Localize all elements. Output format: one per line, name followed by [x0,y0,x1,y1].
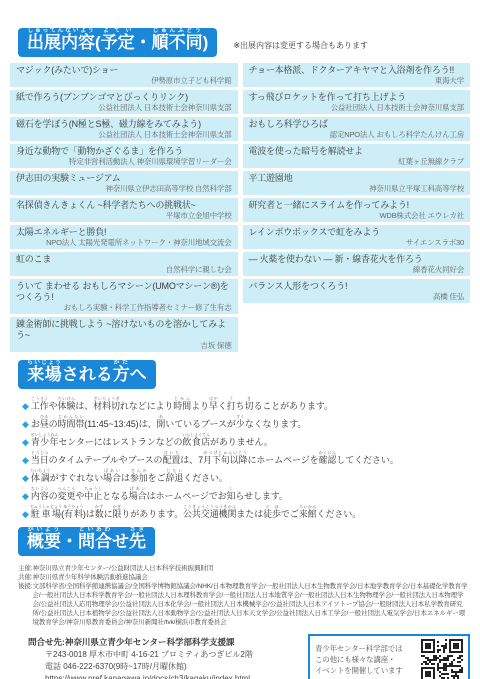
exhibit-organizer: 吉坂 保徳 [16,341,232,350]
qr-info-box: 青少年センター科学部ではこの他にも様々な講座・イベントを開催しています [308,634,470,679]
exhibit-item: ― 火薬を使わない ― 新・線香花火を作ろう 線香花火同好会 [243,252,471,276]
exhibit-item: 電波を使った暗号を解読せよ 紅葉ヶ丘無線クラブ [243,144,471,168]
visitor-note-text: 青少年せいしょうねんセンターにはレストランなどの飲食店いんしょくてんがありません… [31,437,273,447]
exhibit-organizer: おもしろ実験・科学工作指導者セミナー修了生有志 [16,303,232,312]
exhibit-organizer: 特定非営利活動法人 神奈川県環境学習リーダー会 [16,157,232,166]
visitor-note-text: 駐車場ちゅうしゃじょう(有料ゆうりょう)は数かずに限かぎりがあります。公共交通機… [31,509,361,519]
exhibit-item: 名探偵きんきょくん ~科学者たちへの挑戦状~ 平塚市立金旭中学校 [10,198,238,222]
exhibit-item: 研究者と一緒にスライムを作ってみよう! WDB株式会社 エウレカ社 [243,198,471,222]
exhibit-item: 錬金術師に挑戦しよう ~溶けないものを溶かしてみよう~ 吉坂 保徳 [10,317,238,352]
credits-block: 主催: 神奈川県立青少年センター/公益財団法人日本科学技術振興財団 共催: 神奈… [18,564,470,627]
visitor-note: ◆駐車場ちゅうしゃじょう(有料ゆうりょう)は数かずに限かぎりがあります。公共交通… [22,504,470,522]
exhibit-organizer: 東海大学 [249,76,465,85]
exhibit-title: 研究者と一緒にスライムを作ってみよう! [249,200,465,211]
exhibits-heading: 出展内容しゅってんないよう(予定よてい・順不同じゅんふどう) [18,28,217,57]
overview-section: 概要がいよう・問合といあわせ先さき 主催: 神奈川県立青少年センター/公益財団法… [10,527,470,679]
exhibit-title: 磁石を学ぼう(N極とS極、磁力線をみてみよう) [16,119,232,130]
diamond-bullet-icon: ◆ [22,455,29,465]
exhibit-organizer: 公益社団法人 日本技術士会神奈川県支部 [16,130,232,139]
diamond-bullet-icon: ◆ [22,509,29,519]
exhibit-item: 磁石を学ぼう(N極とS極、磁力線をみてみよう) 公益社団法人 日本技術士会神奈川… [10,117,238,141]
exhibit-organizer: 公益社団法人 日本技術士会神奈川県支部 [16,103,232,112]
exhibit-item: おもしろ科学ひろば 認定NPO法人 おもしろ科学たんけん工房 [243,117,471,141]
diamond-bullet-icon: ◆ [22,473,29,483]
overview-heading: 概要がいよう・問合といあわせ先さき [18,527,155,556]
visitor-note-text: 体調たいちょうがすぐれない場合ばあいは参加さんかをご辞退じたいください。 [31,473,228,483]
visitor-note: ◆お昼ひるの時間帯じかんたい(11:45~13:45)は、開あいているブースが少… [22,414,470,432]
diamond-bullet-icon: ◆ [22,491,29,501]
contact-name: 神奈川県立青少年センター科学部科学支援課 [65,637,235,647]
credit-label: 共催: [18,573,33,582]
exhibit-title: 虹のこま [16,254,232,265]
exhibit-organizer: 線香花火同好会 [249,265,465,274]
diamond-bullet-icon: ◆ [22,419,29,429]
exhibit-title: おもしろ科学ひろば [249,119,465,130]
exhibit-item: マジック(みたいで)ショー 伊勢原市立子ども科学館 [10,63,238,87]
exhibit-title: チョー本格派、ドクターアキヤマと入浴剤を作ろう!! [249,65,465,76]
exhibit-title: 平工遊園地 [249,173,465,184]
exhibit-title: 名探偵きんきょくん ~科学者たちへの挑戦状~ [16,200,232,211]
qr-info-line: 青少年センター科学部では [315,643,415,654]
visitor-note-text: 工作こうさくや体験たいけんは、材料切ざいりょうぎれなどにより時間じかんより早はや… [31,401,333,411]
exhibit-organizer: 自然科学に親しむ会 [16,265,232,274]
qr-info-text: 青少年センター科学部ではこの他にも様々な講座・イベントを開催しています [315,643,415,676]
exhibit-organizer: 神奈川県立伊志田高等学校 自然科学部 [16,184,232,193]
exhibit-title: バランス人形をつくろう! [249,281,465,292]
exhibit-item: 紙で作ろう(ブンブンゴマとびっくりリンク) 公益社団法人 日本技術士会神奈川県支… [10,90,238,114]
exhibit-title: レインボウボックスで虹をみよう [249,227,465,238]
diamond-bullet-icon: ◆ [22,437,29,447]
credit-row: 主催: 神奈川県立青少年センター/公益財団法人日本科学技術振興財団 [18,564,470,573]
exhibit-title: 錬金術師に挑戦しよう ~溶けないものを溶かしてみよう~ [16,319,232,341]
exhibit-organizer: 認定NPO法人 おもしろ科学たんけん工房 [249,130,465,139]
exhibit-item: バランス人形をつくろう! 高橋 佳弘 [243,279,471,303]
credit-text: 神奈川県立青少年センター/公益財団法人日本科学技術振興財団 [33,564,470,573]
credit-label: 後援: [18,582,33,627]
credit-label: 主催: [18,564,33,573]
visitor-note: ◆体調たいちょうがすぐれない場合ばあいは参加さんかをご辞退じたいください。 [22,468,470,486]
visitor-notes-list: ◆工作こうさくや体験たいけんは、材料切ざいりょうぎれなどにより時間じかんより早は… [22,396,470,522]
credit-text: 神奈川県青少年科学体験活動推進協議会 [33,573,470,582]
exhibit-organizer: サイエンスラボ30 [249,238,465,247]
exhibit-title: すっ飛びロケットを作って打ち上げよう [249,92,465,103]
exhibit-title: ― 火薬を使わない ― 新・線香花火を作ろう [249,254,465,265]
exhibit-organizer: 伊勢原市立子ども科学館 [16,76,232,85]
exhibits-section: 出展内容しゅってんないよう(予定よてい・順不同じゅんふどう) ※出展内容は変更す… [10,28,470,355]
exhibit-item: レインボウボックスで虹をみよう サイエンスラボ30 [243,225,471,249]
exhibit-organizer: NPO法人 太陽光発電所ネットワーク・神奈川地域交流会 [16,238,232,247]
exhibit-item: 平工遊園地 神奈川県立平塚工科高等学校 [243,171,471,195]
visitor-note: ◆内容ないようの変更へんこうや中止ちゅうしとなる場合ばあいはホームページでお知し… [22,486,470,504]
exhibit-organizer: 平塚市立金旭中学校 [16,211,232,220]
exhibit-organizer: 公益社団法人 日本技術士会神奈川県支部 [249,103,465,112]
visitor-note: ◆工作こうさくや体験たいけんは、材料切ざいりょうぎれなどにより時間じかんより早は… [22,396,470,414]
exhibits-change-note: ※出展内容は変更する場合もあります [233,40,368,51]
exhibit-item: 虹のこま 自然科学に親しむ会 [10,252,238,276]
exhibit-item: ういて まわせる おもしろマシーン(UMOマシーン®)をつくろう! おもしろ実験… [10,279,238,314]
exhibits-column-left: マジック(みたいで)ショー 伊勢原市立子ども科学館 紙で作ろう(ブンブンゴマとび… [10,63,238,355]
exhibit-organizer: 紅葉ヶ丘無線クラブ [249,157,465,166]
exhibits-columns: マジック(みたいで)ショー 伊勢原市立子ども科学館 紙で作ろう(ブンブンゴマとび… [10,63,470,355]
exhibit-title: マジック(みたいで)ショー [16,65,232,76]
exhibits-head-row: 出展内容しゅってんないよう(予定よてい・順不同じゅんふどう) ※出展内容は変更す… [10,28,470,57]
visitors-section: 来場らいじょうされる方かたへ ◆工作こうさくや体験たいけんは、材料切ざいりょうぎ… [10,360,470,522]
exhibit-item: すっ飛びロケットを作って打ち上げよう 公益社団法人 日本技術士会神奈川県支部 [243,90,471,114]
exhibit-title: 電波を使った暗号を解読せよ [249,146,465,157]
exhibit-title: ういて まわせる おもしろマシーン(UMOマシーン®)をつくろう! [16,281,232,303]
qr-info-line: イベントを開催しています [315,665,415,676]
flyer-page: 出展内容しゅってんないよう(予定よてい・順不同じゅんふどう) ※出展内容は変更す… [0,0,480,679]
exhibits-column-right: チョー本格派、ドクターアキヤマと入浴剤を作ろう!! 東海大学 すっ飛びロケットを… [243,63,471,355]
exhibit-item: 伊志田の実験ミュージアム 神奈川県立伊志田高等学校 自然科学部 [10,171,238,195]
exhibit-item: チョー本格派、ドクターアキヤマと入浴剤を作ろう!! 東海大学 [243,63,471,87]
visitors-heading: 来場らいじょうされる方かたへ [18,360,156,389]
visitor-note-text: お昼ひるの時間帯じかんたい(11:45~13:45)は、開あいているブースが少す… [31,419,306,429]
contact-label: 問合せ先: [28,637,65,647]
visitor-note-text: 内容ないようの変更へんこうや中止ちゅうしとなる場合ばあいはホームページでお知しら… [31,491,288,501]
contact-url-link[interactable]: https://www.pref.kanagawa.jp/docs/ch3/ka… [45,674,250,679]
credit-text: 文部科学省/全国科学館連携協議会/全国科学博物館協議会/NHK/日本物理教育学会… [33,582,470,627]
visitor-note-text: 当日とうじつのタイムテーブルやブースの配置はいちは、7月下旬以降がつげじゅんいこ… [31,455,399,465]
exhibit-item: 太陽エネルギーと勝負! NPO法人 太陽光発電所ネットワーク・神奈川地域交流会 [10,225,238,249]
credit-row: 後援: 文部科学省/全国科学館連携協議会/全国科学博物館協議会/NHK/日本物理… [18,582,470,627]
credit-row: 共催: 神奈川県青少年科学体験活動推進協議会 [18,573,470,582]
exhibit-title: 太陽エネルギーと勝負! [16,227,232,238]
contact-block: 問合せ先:神奈川県立青少年センター科学部科学支援課 〒243-0018 厚木市中… [28,636,470,679]
visitor-note: ◆当日とうじつのタイムテーブルやブースの配置はいちは、7月下旬以降がつげじゅんい… [22,450,470,468]
exhibit-title: 伊志田の実験ミュージアム [16,173,232,184]
exhibit-organizer: 神奈川県立平塚工科高等学校 [249,184,465,193]
qr-info-line: この他にも様々な講座・ [315,654,415,665]
exhibit-title: 紙で作ろう(ブンブンゴマとびっくりリンク) [16,92,232,103]
exhibit-title: 身近な動物で「動物かざぐるま」を作ろう [16,146,232,157]
visitor-note: ◆青少年せいしょうねんセンターにはレストランなどの飲食店いんしょくてんがありませ… [22,432,470,450]
exhibit-organizer: WDB株式会社 エウレカ社 [249,211,465,220]
diamond-bullet-icon: ◆ [22,401,29,411]
exhibit-item: 身近な動物で「動物かざぐるま」を作ろう 特定非営利活動法人 神奈川県環境学習リー… [10,144,238,168]
qr-code-icon [421,639,463,679]
exhibit-organizer: 高橋 佳弘 [249,292,465,301]
